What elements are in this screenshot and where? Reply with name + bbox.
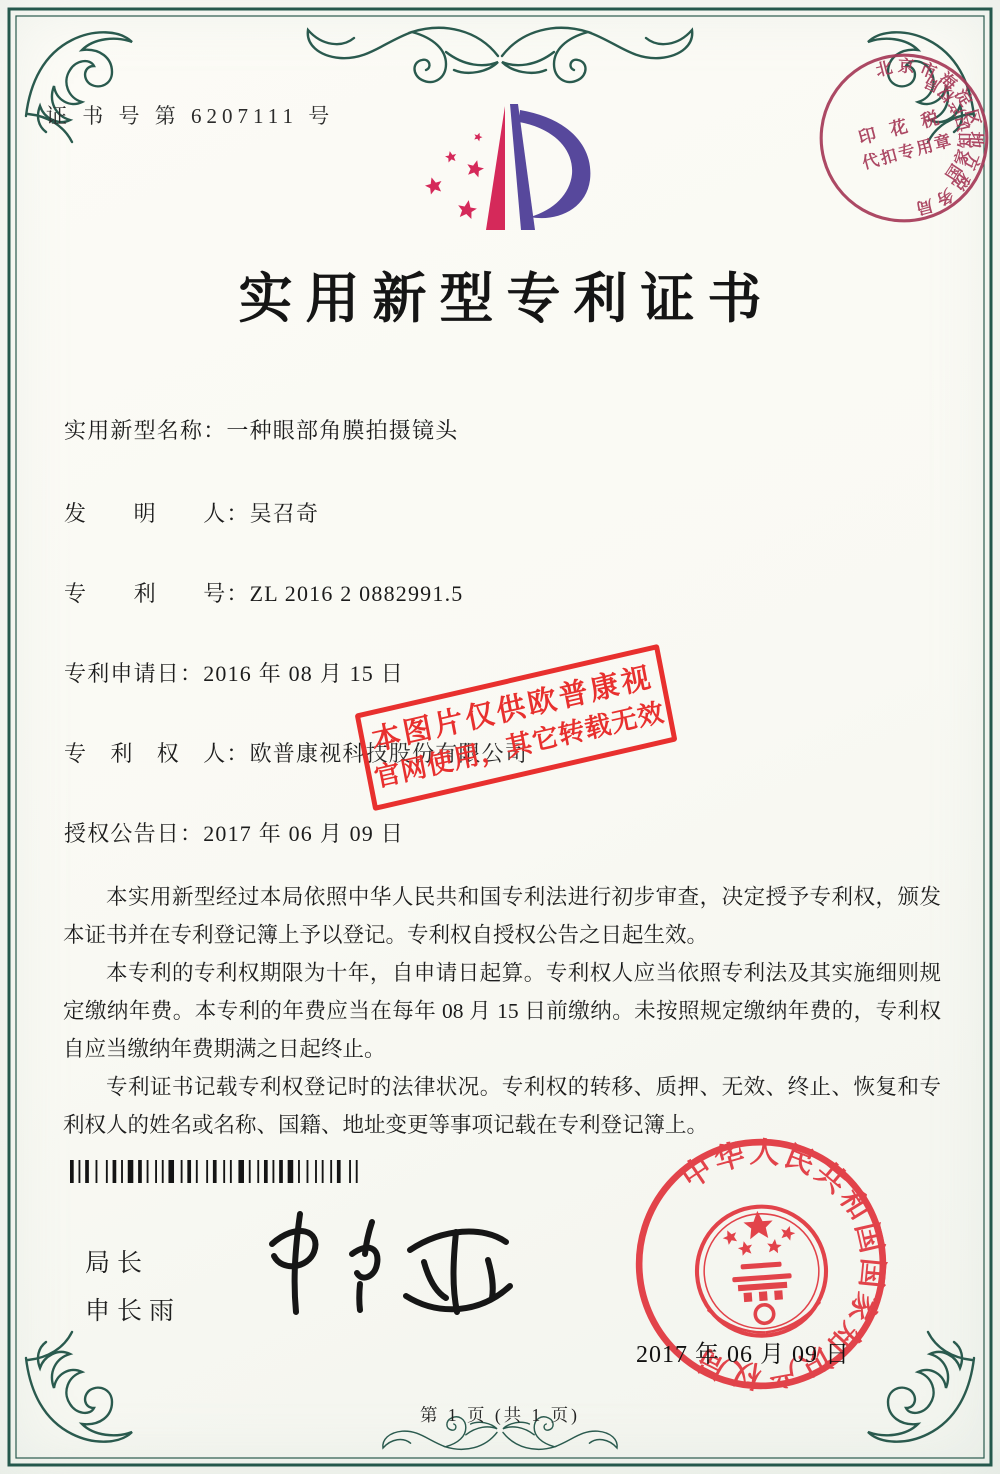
signature-handwriting-icon bbox=[248, 1192, 538, 1337]
certificate-number: 证 书 号 第 6207111 号 bbox=[46, 100, 334, 130]
field-value: 2017 年 06 月 09 日 bbox=[203, 821, 404, 846]
signer-title: 局长 bbox=[85, 1243, 149, 1279]
barcode-bars bbox=[70, 1160, 368, 1183]
field-label: 专利申请日： bbox=[64, 661, 203, 686]
patent-certificate-page: 证 书 号 第 6207111 号 北京市海淀区地方税务局 国家知识 bbox=[0, 0, 1000, 1474]
legal-paragraph-2: 本专利的专利权期限为十年，自申请日起算。专利权人应当依照专利法及其实施细则规定缴… bbox=[63, 954, 941, 1068]
field-filing-date: 专利申请日：2016 年 08 月 15 日 bbox=[64, 657, 404, 688]
field-value: 吴召奇 bbox=[250, 501, 320, 526]
legal-paragraphs: 本实用新型经过本局依照中华人民共和国专利法进行初步审查，决定授予专利权，颁发本证… bbox=[63, 878, 941, 1144]
national-emblem-icon bbox=[693, 1202, 831, 1340]
certificate-title: 实用新型专利证书 bbox=[0, 256, 1000, 333]
grant-date-stamp: 2017 年 06 月 09 日 bbox=[636, 1334, 850, 1369]
legal-paragraph-1: 本实用新型经过本局依照中华人民共和国专利法进行初步审查，决定授予专利权，颁发本证… bbox=[63, 878, 941, 954]
page-footer: 第 1 页 (共 1 页) bbox=[0, 1402, 1000, 1427]
field-inventor: 发 明 人：吴召奇 bbox=[64, 497, 319, 528]
field-utility-model-name: 实用新型名称：一种眼部角膜拍摄镜头 bbox=[64, 414, 458, 445]
field-label: 发 明 人： bbox=[64, 501, 250, 526]
field-label: 专 利 权 人： bbox=[64, 741, 250, 766]
field-value: 2016 年 08 月 15 日 bbox=[203, 661, 404, 686]
field-label: 实用新型名称： bbox=[64, 418, 226, 443]
field-label: 授权公告日： bbox=[64, 821, 203, 846]
field-patent-number: 专 利 号：ZL 2016 2 0882991.5 bbox=[64, 577, 463, 608]
stamp-tax-seal: 北京市海淀区地方税务局 国家知识产权局 印 花 税 代扣专用章 bbox=[796, 30, 1000, 246]
signer-name: 申长雨 bbox=[85, 1291, 181, 1327]
field-value: ZL 2016 2 0882991.5 bbox=[250, 581, 464, 606]
field-value: 一种眼部角膜拍摄镜头 bbox=[226, 418, 458, 443]
field-grant-date: 授权公告日：2017 年 06 月 09 日 bbox=[64, 817, 404, 848]
field-label: 专 利 号： bbox=[64, 581, 250, 606]
cnipa-patent-logo-icon bbox=[398, 96, 602, 248]
barcode bbox=[70, 1160, 368, 1183]
